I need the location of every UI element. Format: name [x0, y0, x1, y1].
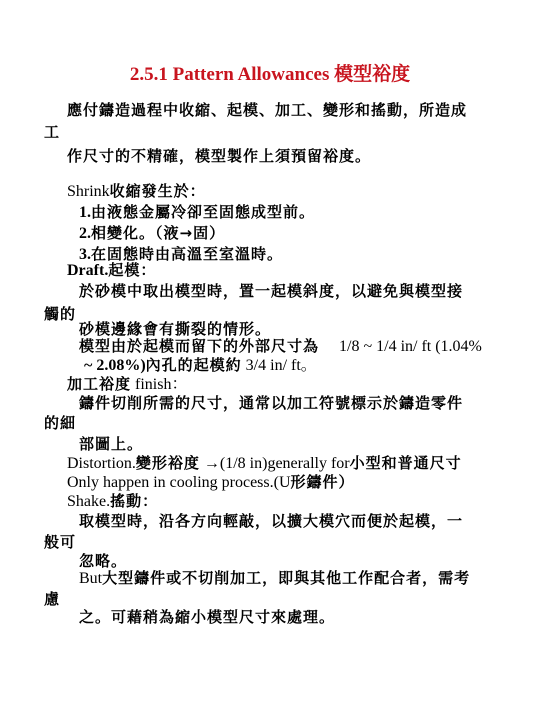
text-span: 的細 [44, 414, 76, 432]
text-span: 鑄件切削所需的尺寸，通常以加工符號標示於鑄造零件 [79, 394, 463, 412]
text-span: Shake. [67, 493, 110, 510]
text-span: 3/4 in/ ft。 [242, 357, 317, 374]
text-span: 1. [79, 204, 91, 221]
text-span: 取模型時，沿各方向輕敲，以擴大模穴而便於起模，一 [79, 512, 463, 530]
text-span: 作尺寸的不精確，模型製作上須預留裕度。 [67, 147, 371, 165]
text-span: 由液態金屬冷卻至固態成型前。 [91, 203, 315, 221]
text-line: Distortion.變形裕度 →(1/8 in)generally for小型… [67, 453, 462, 474]
text-line: 2.相變化。（液→固） [79, 223, 225, 244]
text-line: 慮 [44, 589, 60, 609]
text-span: 模型由於起模而留下的外部尺寸為 [79, 337, 319, 355]
text-span: 部圖上。 [79, 435, 143, 453]
text-line: 工 [44, 122, 60, 142]
text-span: 加工裕度 [67, 375, 131, 393]
text-line: 1.由液態金屬冷卻至固態成型前。 [79, 202, 315, 223]
text-span: ~ 2.08%) [84, 357, 146, 374]
text-line: 於砂模中取出模型時，置一起模斜度，以避免與模型接 [79, 281, 463, 301]
text-line: 觸的 [44, 304, 76, 324]
text-span: 之。可藉稍為縮小模型尺寸來處理。 [79, 608, 335, 626]
page-title: 2.5.1 Pattern Allowances 模型裕度 [0, 62, 540, 88]
text-line: 般可 [44, 532, 76, 552]
text-line: 作尺寸的不精確，模型製作上須預留裕度。 [67, 146, 371, 166]
text-line: 鑄件切削所需的尺寸，通常以加工符號標示於鑄造零件 [79, 393, 463, 413]
text-span: 般可 [44, 533, 76, 551]
text-span: 1/8 ~ 1/4 in/ ft (1.04% [319, 338, 482, 355]
text-line: Draft.起模： [67, 260, 156, 281]
text-span: 慮 [44, 590, 60, 608]
text-span: 觸的 [44, 305, 76, 323]
text-line: But大型鑄件或不切削加工，即與其他工作配合者，需考 [79, 568, 470, 589]
text-line: 加工裕度 finish： [67, 374, 187, 395]
text-span: Distortion. [67, 455, 136, 472]
text-span: 變形裕度 [136, 454, 200, 472]
text-span: 形鑄件） [291, 473, 355, 491]
text-span: finish： [131, 376, 187, 393]
text-span: 內孔的起模約 [146, 356, 242, 374]
text-line: Shrink收縮發生於： [67, 181, 206, 202]
text-span: Draft. [67, 262, 108, 279]
text-line: 模型由於起模而留下的外部尺寸為 1/8 ~ 1/4 in/ ft (1.04% [79, 336, 482, 357]
text-span: Only happen in cooling process.(U [67, 474, 291, 491]
text-line: 取模型時，沿各方向輕敲，以擴大模穴而便於起模，一 [79, 511, 463, 531]
text-line: 部圖上。 [79, 434, 143, 454]
text-span: 於砂模中取出模型時，置一起模斜度，以避免與模型接 [79, 282, 463, 300]
text-line: 應付鑄造過程中收縮、起模、加工、變形和搖動，所造成 [67, 100, 467, 120]
text-span: 小型和普通尺寸 [350, 454, 462, 472]
text-line: 之。可藉稍為縮小模型尺寸來處理。 [79, 607, 335, 627]
text-span: Shrink [67, 183, 110, 200]
text-span: 2. [79, 225, 91, 242]
text-span: 應付鑄造過程中收縮、起模、加工、變形和搖動，所造成 [67, 101, 467, 119]
text-span: 大型鑄件或不切削加工，即與其他工作配合者，需考 [102, 569, 470, 587]
text-span: →(1/8 in)generally for [200, 455, 350, 472]
text-span: But [79, 570, 102, 587]
text-line: Only happen in cooling process.(U形鑄件） [67, 472, 355, 493]
text-span: 搖動： [110, 492, 158, 510]
text-line: 的細 [44, 413, 76, 433]
text-span: 工 [44, 123, 60, 141]
text-span: 起模： [108, 261, 156, 279]
text-line: Shake.搖動： [67, 491, 158, 512]
text-line: ~ 2.08%)內孔的起模約 3/4 in/ ft。 [84, 355, 317, 376]
text-span: 相變化。（液→固） [91, 224, 225, 242]
text-span: 收縮發生於： [110, 182, 206, 200]
